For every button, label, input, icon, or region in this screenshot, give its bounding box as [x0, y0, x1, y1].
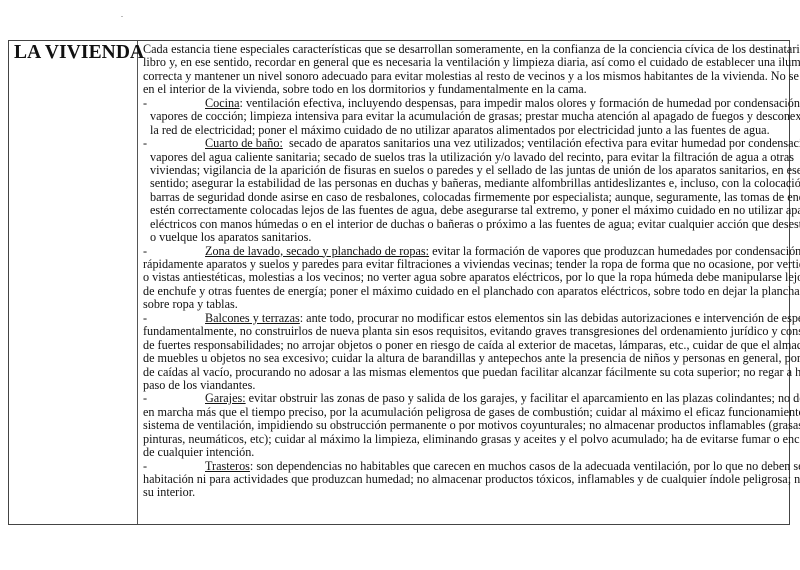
- text-line: sentido; asegurar la estabilidad de las …: [143, 177, 785, 190]
- text-line: eléctricos con manos húmedas o en el int…: [143, 218, 785, 231]
- text-line: de muebles u objetos no sea excesivo; cu…: [143, 352, 785, 365]
- text-line: barras de seguridad donde asirse en caso…: [143, 191, 785, 204]
- text-line: libro y, en ese sentido, recordar en gen…: [143, 56, 785, 69]
- text-line: la red de electricidad; poner el máximo …: [143, 124, 785, 137]
- scan-speck: [121, 16, 123, 17]
- text-line: paso de los viandantes.: [143, 379, 785, 392]
- list-item-balcones-y-terrazas: -Balcones y terrazas: ante todo, procura…: [143, 312, 785, 393]
- text-line: sobre ropa y tablas.: [143, 298, 785, 311]
- list-item-cuarto-de-bano: -Cuarto de baño: secado de aparatos sani…: [143, 137, 785, 245]
- bullet-dash: -: [143, 460, 205, 473]
- text-line: rápidamente aparatos y suelos y paredes …: [143, 258, 785, 271]
- text-line: vapores de cocción; limpieza intensiva p…: [143, 110, 785, 123]
- text-line: en marcha más que el tiempo preciso, por…: [143, 406, 785, 419]
- text-line: vapores del agua caliente sanitaria; sec…: [143, 151, 785, 164]
- item-heading: Trasteros: [205, 459, 250, 473]
- item-text: evitar la formación de vapores que produ…: [429, 244, 800, 258]
- text-line: habitación ni para actividades que produ…: [143, 473, 785, 486]
- bullet-dash: -: [143, 137, 205, 150]
- text-line: o vistas antiestéticas, molestias a los …: [143, 271, 785, 284]
- item-heading: Cocina: [205, 96, 240, 110]
- item-heading: Garajes:: [205, 391, 246, 405]
- bullet-dash: -: [143, 312, 205, 325]
- intro-paragraph: Cada estancia tiene especiales caracterí…: [143, 43, 785, 97]
- list-item-garajes: -Garajes: evitar obstruir las zonas de p…: [143, 392, 785, 459]
- column-divider: [137, 41, 138, 524]
- text-line: de enchufe y otras fuentes de energía; p…: [143, 285, 785, 298]
- text-line: en el interior de la vivienda, sobre tod…: [143, 83, 785, 96]
- item-heading: Zona de lavado, secado y planchado de ro…: [205, 244, 429, 258]
- document-table: LA VIVIENDA Cada estancia tiene especial…: [8, 40, 790, 525]
- bullet-dash: -: [143, 245, 205, 258]
- text-line: Cada estancia tiene especiales caracterí…: [143, 43, 785, 56]
- list-item-zona-de-lavado: -Zona de lavado, secado y planchado de r…: [143, 245, 785, 312]
- item-text: : son dependencias no habitables que car…: [250, 459, 800, 473]
- bullet-dash: -: [143, 392, 205, 405]
- text-line: sistema de ventilación, impidiendo su ob…: [143, 419, 785, 432]
- item-heading: Balcones y terrazas: [205, 311, 300, 325]
- item-text: : ventilación efectiva, incluyendo despe…: [240, 96, 800, 110]
- text-line: estén correctamente colocadas lejos de l…: [143, 204, 785, 217]
- text-line: pinturas, neumáticos, etc); cuidar al má…: [143, 433, 785, 446]
- list-item-trasteros: -Trasteros: son dependencias no habitabl…: [143, 460, 785, 500]
- text-line: de cualquier intención.: [143, 446, 785, 459]
- text-line: correcta y mantener un nivel sonoro adec…: [143, 70, 785, 83]
- item-text: secado de aparatos sanitarios una vez ut…: [283, 136, 800, 150]
- item-text: evitar obstruir las zonas de paso y sali…: [246, 391, 800, 405]
- section-body: Cada estancia tiene especiales caracterí…: [143, 43, 785, 500]
- item-heading: Cuarto de baño:: [205, 136, 283, 150]
- section-title: LA VIVIENDA: [14, 42, 144, 64]
- text-line: o vuelque los aparatos sanitarios.: [143, 231, 785, 244]
- list-item-cocina: -Cocina: ventilación efectiva, incluyend…: [143, 97, 785, 137]
- item-text: : ante todo, procurar no modificar estos…: [300, 311, 800, 325]
- text-line: de caídas al vacío, procurando no adosar…: [143, 366, 785, 379]
- text-line: su interior.: [143, 486, 785, 499]
- bullet-dash: -: [143, 97, 205, 110]
- text-line: viviendas; vigilancia de la aparición de…: [143, 164, 785, 177]
- text-line: fundamentalmente, no construirlos de nue…: [143, 325, 785, 338]
- text-line: de fuertes responsabilidades; no arrojar…: [143, 339, 785, 352]
